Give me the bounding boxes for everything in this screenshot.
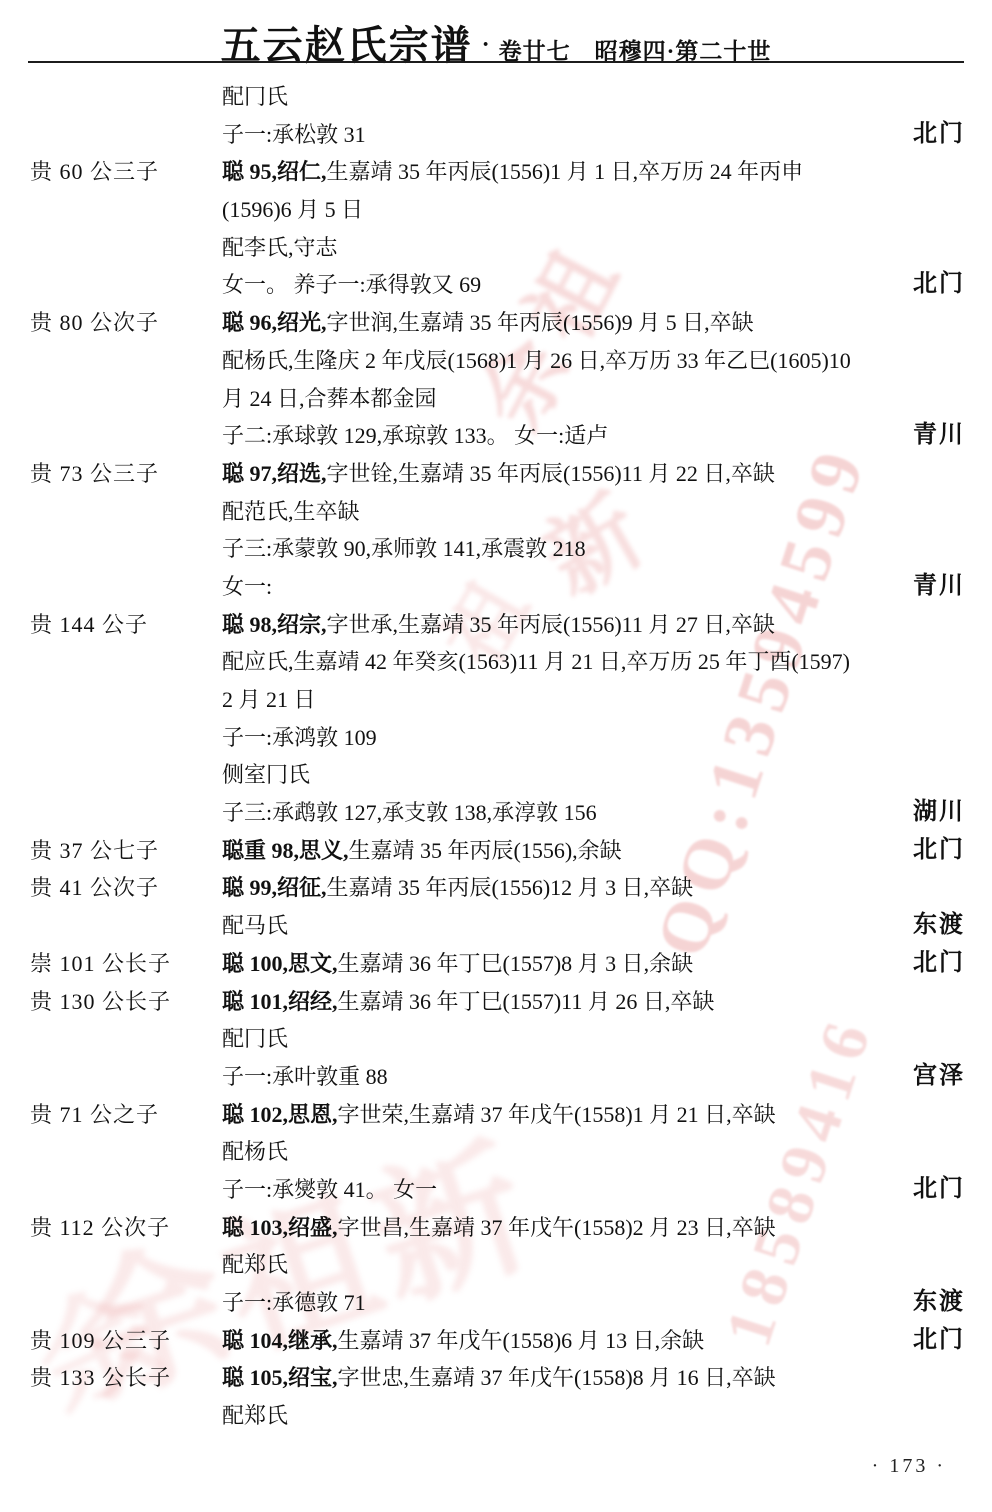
genealogy-row: 配郑氏 bbox=[30, 1397, 965, 1435]
person-record-text: 生嘉靖 35 年丙辰(1556)12 月 3 日,卒缺 bbox=[327, 875, 694, 900]
genealogy-row: 子一:承叶敦重 88 宫泽 bbox=[30, 1058, 965, 1096]
branch-location-label: 北门 bbox=[913, 1322, 965, 1360]
person-record-text: 字世昌,生嘉靖 37 年戊午(1558)2 月 23 日,卒缺 bbox=[338, 1215, 776, 1240]
ancestor-ref-label: 贵 60 公三子 bbox=[30, 153, 222, 191]
ancestor-ref-label: 贵 80 公次子 bbox=[30, 304, 222, 342]
genealogy-row: 配李氏,守志 bbox=[30, 229, 965, 267]
person-record-text: 字世铨,生嘉靖 35 年丙辰(1556)11 月 22 日,卒缺 bbox=[327, 461, 775, 486]
genealogy-row: 贵 37 公七子聪重 98,思义,生嘉靖 35 年丙辰(1556),余缺 北门 bbox=[30, 832, 965, 870]
genealogy-row: 子一:承鸿敦 109 bbox=[30, 719, 965, 757]
genealogy-row: 贵 60 公三子聪 95,绍仁,生嘉靖 35 年丙辰(1556)1 月 1 日,… bbox=[30, 153, 965, 191]
genealogy-row: 子一:承松敦 31 北门 bbox=[30, 116, 965, 154]
person-name: 聪 98,绍宗, bbox=[222, 612, 327, 637]
person-record-text: 配冂氏 bbox=[222, 84, 288, 109]
genealogy-row: 女一。 养子一:承得敦又 69 北门 bbox=[30, 266, 965, 304]
genealogy-row: 贵 80 公次子聪 96,绍光,字世润,生嘉靖 35 年丙辰(1556)9 月 … bbox=[30, 304, 965, 342]
person-record-text: 生嘉靖 35 年丙辰(1556),余缺 bbox=[349, 838, 622, 863]
genealogy-row: 子一:承德敦 71 东渡 bbox=[30, 1284, 965, 1322]
genealogy-row: 2 月 21 日 bbox=[30, 681, 965, 719]
person-record-text: 女一: bbox=[222, 574, 272, 599]
title-separator-dot: · bbox=[482, 32, 490, 58]
person-name: 聪 97,绍选, bbox=[222, 461, 327, 486]
genealogy-row: 贵 144 公子聪 98,绍宗,字世承,生嘉靖 35 年丙辰(1556)11 月… bbox=[30, 606, 965, 644]
ancestor-ref-label: 贵 71 公之子 bbox=[30, 1096, 222, 1134]
branch-location-label: 东渡 bbox=[913, 907, 965, 945]
person-name: 聪 103,绍盛, bbox=[222, 1215, 338, 1240]
genealogy-row: 贵 41 公次子聪 99,绍征,生嘉靖 35 年丙辰(1556)12 月 3 日… bbox=[30, 869, 965, 907]
genealogy-row: 月 24 日,合葬本都金园 bbox=[30, 380, 965, 418]
person-record-text: 配郑氏 bbox=[222, 1252, 288, 1277]
person-name: 聪 104,继承, bbox=[222, 1328, 338, 1353]
person-record-text: 配冂氏 bbox=[222, 1026, 288, 1051]
genealogy-row: 配冂氏 bbox=[30, 78, 965, 116]
person-name: 聪 99,绍征, bbox=[222, 875, 327, 900]
ancestor-ref-label: 贵 144 公子 bbox=[30, 606, 222, 644]
person-record-text: 子一:承鸿敦 109 bbox=[222, 725, 377, 750]
person-name: 聪 100,思文, bbox=[222, 951, 338, 976]
branch-location-label: 青川 bbox=[913, 417, 965, 455]
genealogy-row: 配杨氏 bbox=[30, 1133, 965, 1171]
genealogy-row: 配郑氏 bbox=[30, 1246, 965, 1284]
genealogy-row: 贵 71 公之子聪 102,思恩,字世荣,生嘉靖 37 年戊午(1558)1 月… bbox=[30, 1096, 965, 1134]
genealogy-row: 贵 109 公三子聪 104,继承,生嘉靖 37 年戊午(1558)6 月 13… bbox=[30, 1322, 965, 1360]
person-record-text: 子三:承蒙敦 90,承师敦 141,承震敦 218 bbox=[222, 536, 586, 561]
person-record-text: 配杨氏 bbox=[222, 1139, 288, 1164]
ancestor-ref-label: 贵 41 公次子 bbox=[30, 869, 222, 907]
person-record-text: 字世荣,生嘉靖 37 年戊午(1558)1 月 21 日,卒缺 bbox=[338, 1102, 776, 1127]
person-record-text: 子一:承德敦 71 bbox=[222, 1290, 366, 1315]
genealogy-row: 子一:承爕敦 41。 女一 北门 bbox=[30, 1171, 965, 1209]
ancestor-ref-label: 贵 109 公三子 bbox=[30, 1322, 222, 1360]
person-record-text: 生嘉靖 37 年戊午(1558)6 月 13 日,余缺 bbox=[338, 1328, 705, 1353]
genealogy-row: 贵 73 公三子聪 97,绍选,字世铨,生嘉靖 35 年丙辰(1556)11 月… bbox=[30, 455, 965, 493]
person-record-text: 配郑氏 bbox=[222, 1403, 288, 1428]
genealogy-row: 配马氏 东渡 bbox=[30, 907, 965, 945]
genealogy-row: (1596)6 月 5 日 bbox=[30, 191, 965, 229]
person-record-text: (1596)6 月 5 日 bbox=[222, 197, 363, 222]
person-name: 聪 95,绍仁, bbox=[222, 159, 327, 184]
person-record-text: 子三:承鹉敦 127,承支敦 138,承淳敦 156 bbox=[222, 800, 597, 825]
person-record-text: 字世润,生嘉靖 35 年丙辰(1556)9 月 5 日,卒缺 bbox=[327, 310, 754, 335]
genealogy-row: 贵 133 公长子聪 105,绍宝,字世忠,生嘉靖 37 年戊午(1558)8 … bbox=[30, 1359, 965, 1397]
person-record-text: 子二:承球敦 129,承琼敦 133。 女一:适卢 bbox=[222, 423, 608, 448]
branch-location-label: 东渡 bbox=[913, 1284, 965, 1322]
person-record-text: 配李氏,守志 bbox=[222, 235, 338, 260]
person-record-text: 配应氏,生嘉靖 42 年癸亥(1563)11 月 21 日,卒万历 25 年丁酉… bbox=[222, 649, 850, 674]
person-record-text: 2 月 21 日 bbox=[222, 687, 316, 712]
branch-location-label: 湖川 bbox=[913, 794, 965, 832]
branch-location-label: 北门 bbox=[913, 266, 965, 304]
person-record-text: 月 24 日,合葬本都金园 bbox=[222, 386, 437, 411]
genealogy-row: 贵 112 公次子聪 103,绍盛,字世昌,生嘉靖 37 年戊午(1558)2 … bbox=[30, 1209, 965, 1247]
genealogy-row: 配冂氏 bbox=[30, 1020, 965, 1058]
genealogy-row: 子三:承鹉敦 127,承支敦 138,承淳敦 156 湖川 bbox=[30, 794, 965, 832]
person-name: 聪 105,绍宝, bbox=[222, 1365, 338, 1390]
person-record-text: 生嘉靖 36 年丁巳(1557)8 月 3 日,余缺 bbox=[338, 951, 694, 976]
ancestor-ref-label: 贵 112 公次子 bbox=[30, 1209, 222, 1247]
branch-location-label: 北门 bbox=[913, 832, 965, 870]
genealogy-row: 配范氏,生卒缺 bbox=[30, 493, 965, 531]
genealogy-row: 子三:承蒙敦 90,承师敦 141,承震敦 218 bbox=[30, 530, 965, 568]
person-record-text: 女一。 养子一:承得敦又 69 bbox=[222, 272, 481, 297]
ancestor-ref-label: 贵 73 公三子 bbox=[30, 455, 222, 493]
page-number: · 173 · bbox=[872, 1455, 946, 1478]
person-record-text: 生嘉靖 35 年丙辰(1556)1 月 1 日,卒万历 24 年丙申 bbox=[327, 159, 804, 184]
person-name: 聪 96,绍光, bbox=[222, 310, 327, 335]
person-name: 聪重 98,思义, bbox=[222, 838, 349, 863]
person-record-text: 子一:承松敦 31 bbox=[222, 122, 366, 147]
person-record-text: 配马氏 bbox=[222, 913, 288, 938]
genealogy-row: 子二:承球敦 129,承琼敦 133。 女一:适卢 青川 bbox=[30, 417, 965, 455]
person-record-text: 配范氏,生卒缺 bbox=[222, 499, 360, 524]
branch-location-label: 北门 bbox=[913, 945, 965, 983]
person-record-text: 字世忠,生嘉靖 37 年戊午(1558)8 月 16 日,卒缺 bbox=[338, 1365, 776, 1390]
ancestor-ref-label: 贵 37 公七子 bbox=[30, 832, 222, 870]
genealogy-row: 配应氏,生嘉靖 42 年癸亥(1563)11 月 21 日,卒万历 25 年丁酉… bbox=[30, 643, 965, 681]
person-name: 聪 102,思恩, bbox=[222, 1102, 338, 1127]
header-rule bbox=[28, 61, 964, 63]
branch-location-label: 北门 bbox=[913, 1171, 965, 1209]
genealogy-row: 崇 101 公长子聪 100,思文,生嘉靖 36 年丁巳(1557)8 月 3 … bbox=[30, 945, 965, 983]
genealogy-row: 侧室冂氏 bbox=[30, 756, 965, 794]
person-name: 聪 101,绍经, bbox=[222, 989, 338, 1014]
person-record-text: 侧室冂氏 bbox=[222, 762, 310, 787]
person-record-text: 子一:承爕敦 41。 女一 bbox=[222, 1177, 437, 1202]
genealogy-row: 配杨氏,生隆庆 2 年戊辰(1568)1 月 26 日,卒万历 33 年乙巳(1… bbox=[30, 342, 965, 380]
person-record-text: 子一:承叶敦重 88 bbox=[222, 1064, 388, 1089]
genealogy-row: 贵 130 公长子聪 101,绍经,生嘉靖 36 年丁巳(1557)11 月 2… bbox=[30, 983, 965, 1021]
person-record-text: 生嘉靖 36 年丁巳(1557)11 月 26 日,卒缺 bbox=[338, 989, 715, 1014]
branch-location-label: 青川 bbox=[913, 568, 965, 606]
person-record-text: 字世承,生嘉靖 35 年丙辰(1556)11 月 27 日,卒缺 bbox=[327, 612, 775, 637]
genealogy-entries: 配冂氏 子一:承松敦 31 北门 贵 60 公三子聪 95,绍仁,生嘉靖 35 … bbox=[30, 78, 965, 1435]
genealogy-row: 女一: 青川 bbox=[30, 568, 965, 606]
ancestor-ref-label: 贵 133 公长子 bbox=[30, 1359, 222, 1397]
branch-location-label: 北门 bbox=[913, 116, 965, 154]
person-record-text: 配杨氏,生隆庆 2 年戊辰(1568)1 月 26 日,卒万历 33 年乙巳(1… bbox=[222, 348, 851, 373]
ancestor-ref-label: 崇 101 公长子 bbox=[30, 945, 222, 983]
branch-location-label: 宫泽 bbox=[913, 1058, 965, 1096]
ancestor-ref-label: 贵 130 公长子 bbox=[30, 983, 222, 1021]
